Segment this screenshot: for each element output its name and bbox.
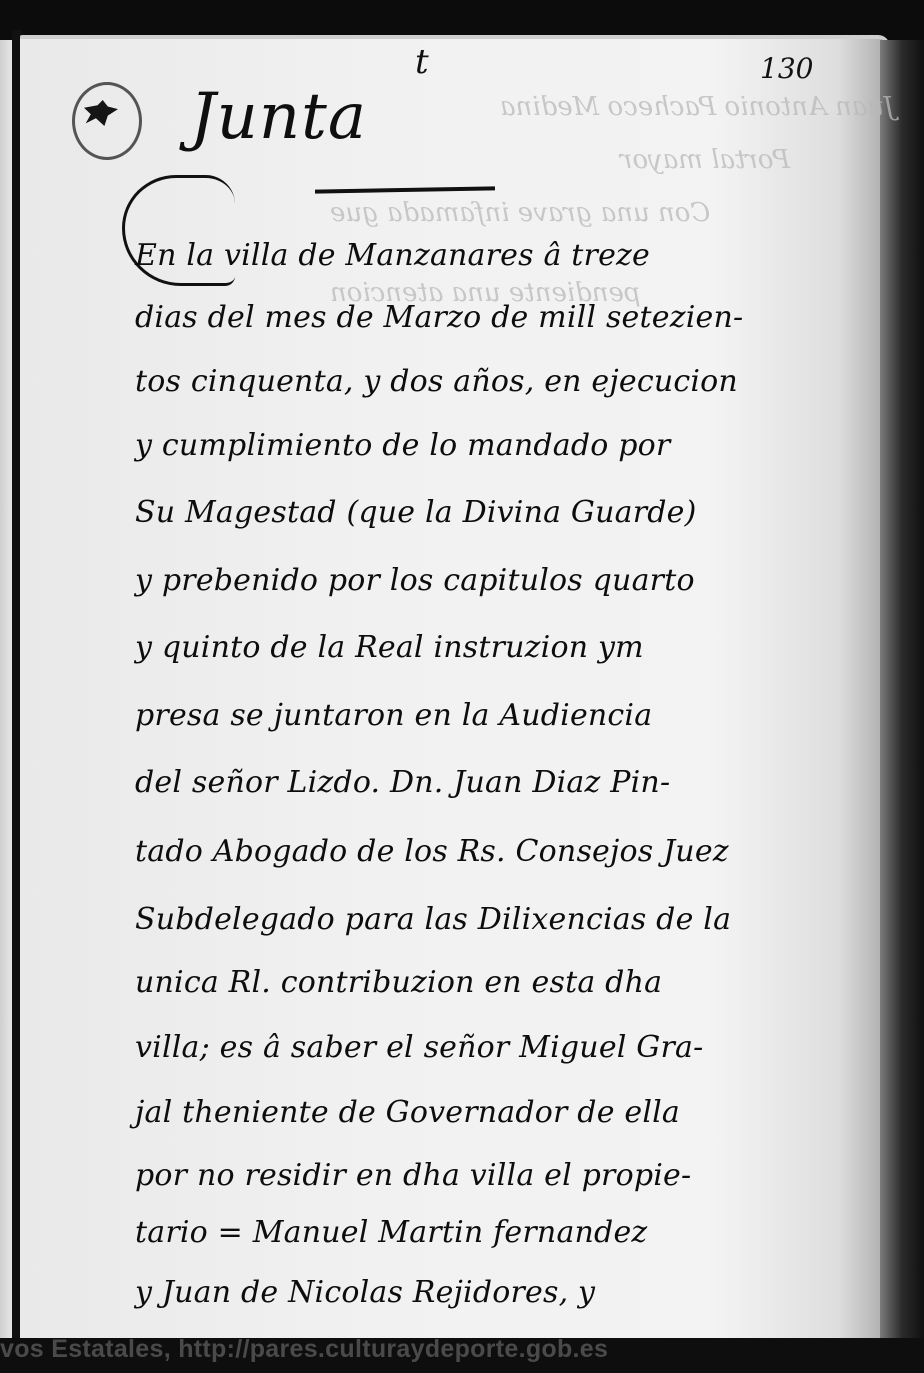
manuscript-line: del señor Lizdo. Dn. Juan Diaz Pin- xyxy=(135,765,670,800)
manuscript-line: y Juan de Nicolas Rejidores, y xyxy=(135,1275,595,1310)
archive-seal-stamp xyxy=(72,82,142,160)
page-right-edge-shadow xyxy=(880,40,924,1340)
manuscript-line: jal theniente de Governador de ella xyxy=(135,1095,680,1130)
manuscript-line: En la villa de Manzanares â treze xyxy=(135,238,650,273)
heading-superscript: t xyxy=(415,42,429,82)
previous-page-edge xyxy=(0,40,12,1340)
bleed-through-text: Portal mayor xyxy=(620,145,790,175)
folio-number: 130 xyxy=(760,52,813,85)
manuscript-line: tario = Manuel Martin fernandez xyxy=(135,1215,647,1250)
manuscript-line: tos cinquenta, y dos años, en ejecucion xyxy=(135,364,738,399)
manuscript-line: por no residir en dha villa el propie- xyxy=(135,1158,691,1193)
manuscript-line: Subdelegado para las Dilixencias de la xyxy=(135,902,731,937)
manuscript-line: y prebenido por los capitulos quarto xyxy=(135,563,695,598)
archive-watermark: vos Estatales, http://pares.culturaydepo… xyxy=(0,1335,608,1364)
bleed-through-text: Con una grave infamada gue xyxy=(330,198,710,228)
manuscript-line: Su Magestad (que la Divina Guarde) xyxy=(135,495,697,530)
manuscript-line: unica Rl. contribuzion en esta dha xyxy=(135,965,662,1000)
manuscript-line: y quinto de la Real instruzion ym xyxy=(135,630,644,665)
manuscript-line: dias del mes de Marzo de mill setezien- xyxy=(135,300,743,335)
manuscript-line: presa se juntaron en la Audiencia xyxy=(135,698,652,733)
manuscript-line: y cumplimiento de lo mandado por xyxy=(135,428,670,463)
page-heading: Junta xyxy=(190,80,367,154)
manuscript-line: tado Abogado de los Rs. Consejos Juez xyxy=(135,834,729,869)
manuscript-line: villa; es â saber el señor Miguel Gra- xyxy=(135,1030,703,1065)
bleed-through-text: Juan Antonio Pacheco Medina xyxy=(500,92,895,122)
